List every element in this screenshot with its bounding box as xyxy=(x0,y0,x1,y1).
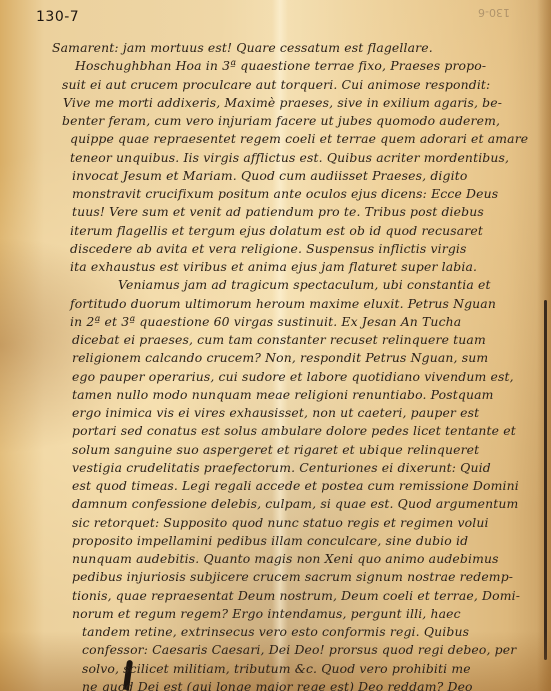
manuscript-line: fortitudo duorum ultimorum heroum maxime… xyxy=(70,296,496,311)
manuscript-line: nunquam audebitis. Quanto magis non Xeni… xyxy=(72,551,499,566)
manuscript-line: ego pauper operarius, cui sudore et labo… xyxy=(72,369,514,384)
manuscript-line: ita exhaustus est viribus et anima ejus … xyxy=(70,259,477,274)
manuscript-line: monstravit crucifixum positum ante oculo… xyxy=(72,186,498,201)
manuscript-line: confessor: Caesaris Caesari, Dei Deo! pr… xyxy=(82,642,516,657)
manuscript-line: Samarent: jam mortuus est! Quare cessatu… xyxy=(52,40,433,55)
manuscript-line: Veniamus jam ad tragicum spectaculum, ub… xyxy=(118,277,491,292)
manuscript-line: teneor unquibus. Iis virgis afflictus es… xyxy=(70,150,509,165)
manuscript-line: vestigia crudelitatis praefectorum. Cent… xyxy=(72,460,491,475)
manuscript-line: solum sanguine suo aspergeret et rigaret… xyxy=(72,442,479,457)
manuscript-line: tamen nullo modo nunquam meae religioni … xyxy=(72,387,494,402)
manuscript-line: Hoschughbhan Hoa in 3ª quaestione terrae… xyxy=(75,58,486,73)
manuscript-page: 130-7 130-6 Samarent: jam mortuus est! Q… xyxy=(0,0,551,691)
manuscript-line: invocat Jesum et Mariam. Quod cum audiis… xyxy=(72,168,467,183)
handwritten-text-block: Samarent: jam mortuus est! Quare cessatu… xyxy=(0,0,551,691)
manuscript-line: benter feram, cum vero injuriam facere u… xyxy=(62,113,500,128)
manuscript-line: ergo inimica vis ei vires exhausisset, n… xyxy=(72,405,479,420)
manuscript-line: ne quod Dei est (qui longe major rege es… xyxy=(82,679,473,691)
manuscript-line: pedibus injuriosis subjicere crucem sacr… xyxy=(72,569,513,584)
manuscript-line: tuus! Vere sum et venit ad patiendum pro… xyxy=(72,204,484,219)
manuscript-line: damnum confessione delebis, culpam, si q… xyxy=(72,496,518,511)
manuscript-line: Vive me morti addixeris, Maximè praeses,… xyxy=(63,95,502,110)
manuscript-line: portari sed conatus est solus ambulare d… xyxy=(72,423,516,438)
manuscript-line: suit ei aut crucem proculcare aut torque… xyxy=(62,77,490,92)
manuscript-line: discedere ab avita et vera religione. Su… xyxy=(70,241,467,256)
manuscript-line: norum et regum regem? Ergo intendamus, p… xyxy=(72,606,461,621)
manuscript-line: est quod timeas. Legi regali accede et p… xyxy=(72,478,519,493)
manuscript-line: tandem retine, extrinsecus vero esto con… xyxy=(82,624,469,639)
manuscript-line: proposito impellamini pedibus illam conc… xyxy=(72,533,468,548)
manuscript-line: in 2ª et 3ª quaestione 60 virgas sustinu… xyxy=(70,314,461,329)
manuscript-line: iterum flagellis et tergum ejus dolatum … xyxy=(70,223,483,238)
manuscript-line: religionem calcando crucem? Non, respond… xyxy=(72,350,488,365)
manuscript-line: solvo, scilicet militiam, tributum &c. Q… xyxy=(82,661,471,676)
manuscript-line: tionis, quae repraesentat Deum nostrum, … xyxy=(72,588,520,603)
manuscript-line: dicebat ei praeses, cum tam constanter r… xyxy=(72,332,486,347)
manuscript-line: quippe quae repraesentet regem coeli et … xyxy=(70,131,528,146)
manuscript-line: sic retorquet: Supposito quod nunc statu… xyxy=(72,515,489,530)
